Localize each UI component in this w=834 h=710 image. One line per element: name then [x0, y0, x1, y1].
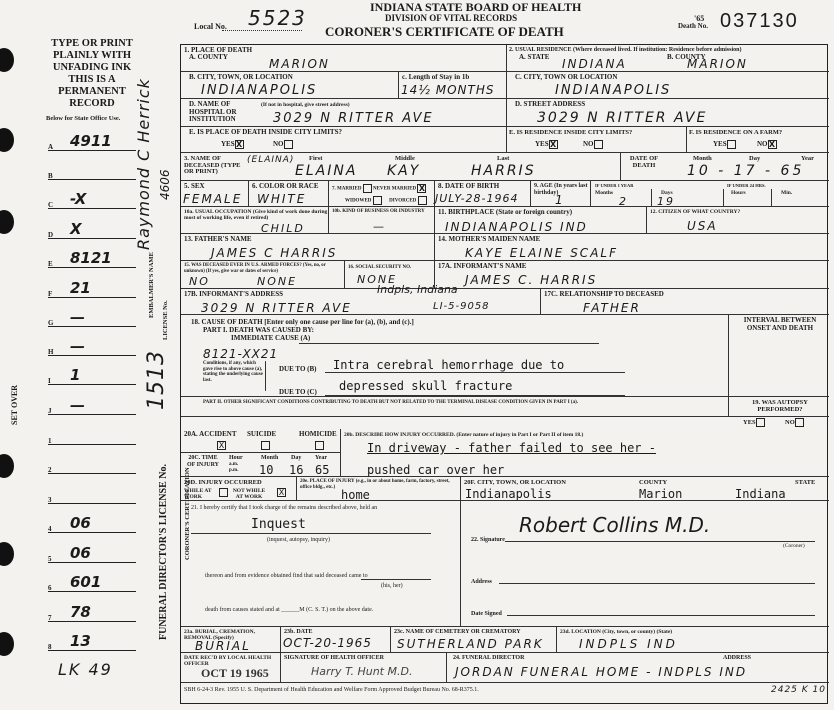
coroner-signature: Robert Collins M.D.: [519, 513, 710, 537]
field-label: IMMEDIATE CAUSE (a): [231, 335, 310, 343]
binder-hole: [0, 128, 14, 152]
no-checkbox[interactable]: X: [768, 140, 777, 149]
code-label: 7: [48, 614, 52, 622]
embalmer-license-label: LICENSE No.: [162, 300, 169, 340]
accident-checkbox[interactable]: X: [217, 441, 226, 450]
field-label: 23b. DATE: [284, 629, 313, 635]
industry-cell[interactable]: 10b. KIND OF BUSINESS OR INDUSTRY —: [329, 207, 435, 234]
field-label: f. IS RESIDENCE ON A FARM?: [689, 129, 782, 137]
field-label: 22. Signature: [471, 537, 505, 543]
division-title: DIVISION OF VITAL RECORDS: [385, 13, 517, 23]
not-while-at-work-label: NOT WHILE AT WORK: [231, 488, 267, 500]
burial-location: INDPLS IND: [579, 637, 678, 651]
instruction-line: RECORD: [42, 98, 142, 110]
local-no-line: [222, 30, 302, 31]
code-field[interactable]: 1: [48, 434, 136, 445]
divorced-checkbox[interactable]: [418, 196, 427, 205]
residence-street-cell[interactable]: d. STREET ADDRESS 3029 N RITTER AVE: [507, 99, 829, 127]
instruction-line: TYPE OR PRINT: [42, 38, 142, 50]
code-label: 2: [48, 466, 52, 474]
code-label: B: [48, 172, 53, 180]
certification-text: death from causes stated and at ______M …: [205, 607, 373, 613]
code-label: 4: [48, 525, 52, 533]
mother-maiden-name: KAYE ELAINE SCALF: [465, 246, 618, 260]
coroner-signature-cell: 22. Signature Robert Collins M.D. (Coron…: [461, 501, 829, 627]
field-label: a. COUNTY: [189, 54, 228, 62]
autopsy-cell: 19. WAS AUTOPSY PERFORMED?: [729, 397, 829, 417]
field-label: 12. CITIZEN OF WHAT COUNTRY?: [650, 209, 740, 215]
date-of-death: 10 - 17 - 65: [687, 163, 804, 179]
injury-description-cell[interactable]: 20b. DESCRIBE HOW INJURY OCCURRED. (Ente…: [341, 429, 829, 477]
suicide-checkbox[interactable]: [261, 441, 270, 450]
burial-method-cell[interactable]: 23a. BURIAL, CREMATION, REMOVAL (Specify…: [181, 627, 281, 653]
field-label: 23c. NAME OF CEMETERY OR CREMATORY: [394, 629, 521, 635]
armed-forces: NO: [189, 275, 210, 288]
deceased-middle-name: KAY: [387, 163, 420, 179]
informant-name-cell[interactable]: 17a. INFORMANT'S NAME JAMES C. HARRIS: [435, 261, 829, 289]
field-label: Address: [471, 579, 492, 585]
funeral-director-license: 1513: [144, 350, 169, 410]
no-checkbox[interactable]: [795, 418, 804, 427]
field-label: 5. SEX: [184, 183, 205, 191]
embalmer-name: Raymond C Herrick: [134, 78, 153, 250]
instruction-line: UNFADING INK: [42, 62, 142, 74]
industry: —: [373, 220, 386, 233]
citizenship-cell[interactable]: 12. CITIZEN OF WHAT COUNTRY? USA: [647, 207, 829, 234]
homicide-checkbox[interactable]: [315, 441, 324, 450]
field-label: 6. COLOR OR RACE: [252, 183, 319, 191]
code-field[interactable]: 813: [48, 640, 136, 651]
age: 1: [555, 193, 565, 207]
code-field[interactable]: J—: [48, 404, 136, 415]
code-label: 6: [48, 584, 52, 592]
funeral-address-code: 2425 K 10: [771, 685, 826, 695]
field-label: Day: [291, 455, 301, 461]
date-of-death-cell[interactable]: DATE OF DEATH Month Day Year 10 - 17 - 6…: [621, 153, 829, 181]
field-label: e. IS PLACE OF DEATH INSIDE CITY LIMITS?: [189, 129, 342, 137]
field-label: COUNTY: [639, 479, 667, 487]
divorced-label: DIVORCED: [389, 199, 416, 204]
health-officer-cell[interactable]: SIGNATURE OF HEALTH OFFICER Harry T. Hun…: [281, 653, 447, 683]
code-value: 06: [70, 514, 91, 532]
field-label: IF UNDER 1 YEAR: [595, 183, 634, 189]
code-value: 21: [70, 279, 91, 297]
field-label: 11. BIRTHPLACE (State or foreign country…: [438, 209, 572, 217]
field-label: INTERVAL BETWEEN ONSET AND DEATH: [733, 317, 827, 332]
state-office-stub: TYPE OR PRINT PLAINLY WITH UNFADING INK …: [0, 0, 180, 710]
death-no-prefix: '65: [694, 14, 704, 23]
instruction-line: PLAINLY WITH: [42, 50, 142, 62]
field-label: 10b. KIND OF BUSINESS OR INDUSTRY: [332, 209, 425, 215]
field-note: (inquest, autopsy, inquiry): [267, 537, 330, 543]
code-field[interactable]: 506: [48, 552, 136, 563]
field-label: b. CITY, TOWN, OR LOCATION: [189, 74, 293, 82]
due-to-b: Intra cerebral hemorrhage due to: [333, 358, 564, 372]
yes-checkbox[interactable]: X: [549, 140, 558, 149]
code-field[interactable]: 2: [48, 463, 136, 474]
funeral-director-cell[interactable]: 24. FUNERAL DIRECTOR ADDRESS JORDAN FUNE…: [447, 653, 829, 683]
field-label: d. NAME OF HOSPITAL OR INSTITUTION: [189, 101, 249, 124]
cemetery-cell[interactable]: 23c. NAME OF CEMETERY OR CREMATORY SUTHE…: [391, 627, 557, 653]
no-checkbox[interactable]: [594, 140, 603, 149]
field-label: Hours: [731, 190, 746, 196]
autopsy-options: YES NO: [729, 417, 829, 429]
deceased-last-name: HARRIS: [471, 163, 536, 179]
code-label: E: [48, 260, 53, 268]
stub-instructions: TYPE OR PRINT PLAINLY WITH UNFADING INK …: [42, 38, 142, 110]
deceased-alias: (ELAINA): [247, 155, 294, 165]
field-label: 7.: [332, 187, 336, 192]
burial-method: BURIAL: [195, 639, 251, 653]
field-label: Year: [801, 156, 814, 162]
field-label: DUE TO (c): [279, 389, 317, 397]
sex-cell[interactable]: 5. SEX FEMALE: [181, 181, 249, 207]
code-label: 5: [48, 555, 52, 563]
divider: [723, 189, 724, 207]
father-name: JAMES C HARRIS: [211, 246, 337, 260]
death-city: INDIANAPOLIS: [201, 83, 317, 98]
place-of-injury-cell[interactable]: 20e. PLACE OF INJURY (e.g., in or about …: [297, 477, 461, 501]
injury-month: 10: [259, 463, 273, 477]
race: WHITE: [257, 192, 306, 206]
never-married-label: NEVER MARRIED: [373, 187, 416, 192]
injury-day: 16: [289, 463, 303, 477]
field-label: STATE: [795, 479, 815, 487]
field-label: 20a. ACCIDENT: [184, 431, 237, 439]
code-value: —: [70, 308, 85, 326]
address-line[interactable]: [499, 583, 815, 584]
burial-location-cell[interactable]: 23d. LOCATION (City, town, or county) (S…: [557, 627, 829, 653]
widowed-label: WIDOWED: [345, 199, 371, 204]
informant-name: JAMES C. HARRIS: [465, 273, 597, 287]
no-checkbox[interactable]: [284, 140, 293, 149]
residence-street: 3029 N RITTER AVE: [537, 110, 707, 126]
injury-at-work-cell: 20d. INJURY OCCURRED WHILE AT WORK NOT W…: [181, 477, 297, 501]
death-city-cell[interactable]: b. CITY, TOWN, OR LOCATION INDIANAPOLIS: [181, 72, 399, 99]
residence-city-cell[interactable]: c. CITY, TOWN OR LOCATION INDIANAPOLIS: [507, 72, 829, 99]
field-label: 20c. TIME OF INJURY: [184, 455, 222, 468]
code-value: 601: [70, 573, 101, 591]
due-to-c: depressed skull fracture: [339, 379, 512, 393]
code-field[interactable]: E8121: [48, 257, 136, 268]
funeral-director: JORDAN FUNERAL HOME - INDPLS IND: [455, 665, 747, 679]
code-value: 78: [70, 603, 91, 621]
binder-hole: [0, 542, 14, 566]
yes-checkbox[interactable]: [727, 140, 736, 149]
relationship-cell[interactable]: 17c. RELATIONSHIP TO DECEASED FATHER: [541, 289, 829, 315]
father-name-cell[interactable]: 13. FATHER'S NAME JAMES C HARRIS: [181, 234, 435, 261]
field-label: DATE OF DEATH: [624, 156, 664, 169]
length-of-stay-cell[interactable]: c. Length of Stay in 1b 14½ MONTHS: [399, 72, 507, 99]
field-label: a.m. p.m.: [229, 462, 243, 474]
code-field[interactable]: I1: [48, 374, 136, 385]
field-label: Conditions, if any, which gave rise to a…: [203, 361, 263, 383]
under-one-year-cell: IF UNDER 1 YEAR IF UNDER 24 HRS. Months …: [591, 181, 829, 207]
field-label: HOMICIDE: [299, 431, 337, 439]
certification-text: 21. I hereby certify that I took charge …: [191, 505, 377, 511]
certification-text: thereon and from evidence obtained find …: [205, 573, 368, 579]
field-label: 17c. RELATIONSHIP TO DECEASED: [544, 291, 664, 299]
due-to-c-line[interactable]: [325, 395, 625, 396]
code-value: —: [70, 337, 85, 355]
injury-state: Indiana: [735, 487, 786, 501]
field-label: Last: [497, 156, 509, 162]
field-label: a. STATE: [519, 54, 549, 62]
code-value: —: [70, 396, 85, 414]
code-field[interactable]: A4911: [48, 140, 136, 151]
inquest-type[interactable]: Inquest: [251, 517, 306, 532]
code-value: 1: [70, 366, 80, 384]
set-over-label: SET OVER: [10, 385, 19, 425]
cause-code: 8121-XX21: [203, 347, 278, 361]
divider: [651, 189, 652, 207]
field-label: 8. DATE OF BIRTH: [438, 183, 499, 191]
yes-option[interactable]: YESX: [535, 140, 558, 149]
code-field[interactable]: 406: [48, 522, 136, 533]
field-label: Date Signed: [471, 611, 502, 617]
field-label: Day: [749, 156, 760, 162]
field-label: 14. MOTHER'S MAIDEN NAME: [438, 236, 540, 244]
injury-description-line-1: In driveway - father failed to see her -: [367, 441, 656, 455]
certificate-title: CORONER'S CERTIFICATE OF DEATH: [325, 24, 564, 40]
hospital-address: 3029 N RITTER AVE: [273, 111, 434, 126]
field-label: SUICIDE: [247, 431, 276, 439]
field-label: ADDRESS: [723, 655, 751, 661]
marital-status-cell: 7. MARRIED NEVER MARRIED X WIDOWED DIVOR…: [329, 181, 435, 207]
yes-checkbox[interactable]: X: [235, 140, 244, 149]
burial-date: OCT-20-1965: [283, 636, 372, 650]
manner-of-death-cell: 20a. ACCIDENT SUICIDE HOMICIDE X: [181, 429, 341, 453]
certification-cell: 21. I hereby certify that I took charge …: [181, 501, 461, 627]
binder-hole: [0, 210, 14, 234]
injury-year: 65: [315, 463, 329, 477]
field-label: Min.: [781, 190, 792, 196]
field-label: First: [309, 156, 322, 162]
field-label: PART II. OTHER SIGNIFICANT CONDITIONS CO…: [203, 400, 578, 406]
field-label: Hour: [229, 455, 243, 461]
initials: LK 49: [58, 660, 113, 679]
injury-county: Marion: [639, 487, 682, 501]
code-label: A: [48, 143, 53, 151]
deceased-name-cell[interactable]: 3. NAME OF DECEASED (Type or print) (ELA…: [181, 153, 621, 181]
death-county: MARION: [269, 57, 330, 71]
interval-cell[interactable]: INTERVAL BETWEEN ONSET AND DEATH: [729, 315, 829, 397]
embalmer-license: 4606: [158, 169, 172, 200]
time-of-injury-cell[interactable]: 20c. TIME OF INJURY Hour a.m. p.m. Month…: [181, 453, 341, 477]
field-label: 17a. INFORMANT'S NAME: [438, 263, 526, 271]
field-note: (Coroner): [783, 543, 805, 549]
field-label: DUE TO (b): [279, 366, 316, 374]
code-value: X: [70, 220, 82, 238]
citizenship: USA: [687, 219, 718, 233]
code-field[interactable]: 3: [48, 493, 136, 504]
health-officer-signature: Harry T. Hunt M.D.: [311, 665, 412, 678]
code-value: 06: [70, 544, 91, 562]
never-married-checkbox[interactable]: X: [417, 184, 426, 193]
came-to-line[interactable]: [361, 579, 431, 580]
code-field[interactable]: 778: [48, 611, 136, 622]
death-county-cell[interactable]: 1. PLACE OF DEATH a. COUNTY MARION: [181, 45, 507, 72]
residence-farm-cell: f. IS RESIDENCE ON A FARM? YES NOX: [687, 127, 829, 153]
married-label: MARRIED: [337, 187, 361, 192]
code-label: C: [48, 201, 53, 209]
armed-forces-dates: NONE: [257, 275, 297, 288]
place-of-injury: home: [341, 488, 370, 502]
field-note: (his, her): [381, 583, 403, 589]
field-label: SIGNATURE OF HEALTH OFFICER: [284, 655, 384, 661]
occupation-cell[interactable]: 10a. USUAL OCCUPATION (Give kind of work…: [181, 207, 329, 234]
field-label: 20f. CITY, TOWN, OR LOCATION: [464, 479, 566, 487]
while-at-work-checkbox[interactable]: [219, 488, 228, 497]
death-inside-city-cell: e. IS PLACE OF DEATH INSIDE CITY LIMITS?…: [181, 127, 507, 153]
date-signed-line[interactable]: [507, 615, 815, 616]
due-to-b-line[interactable]: [325, 372, 625, 373]
date-of-birth-cell[interactable]: 8. DATE OF BIRTH JULY-28-1964: [435, 181, 531, 207]
inquest-line: [191, 533, 431, 534]
birthplace: INDIANAPOLIS IND: [445, 220, 588, 234]
yes-checkbox[interactable]: [756, 418, 765, 427]
certificate-form: 1. PLACE OF DEATH a. COUNTY MARION b. CI…: [180, 44, 828, 704]
field-label: c. Length of Stay in 1b: [402, 74, 469, 82]
field-label: Months: [595, 190, 613, 196]
field-note: (If not in hospital, give street address…: [261, 102, 350, 108]
yes-option[interactable]: YESX: [221, 140, 244, 149]
cause-of-death-cell: 18. CAUSE OF DEATH [Enter only one cause…: [181, 315, 729, 397]
residence-county: MARION: [687, 57, 748, 71]
field-label: Month: [261, 455, 278, 461]
code-label: J: [48, 407, 52, 415]
residence-inside-city-cell: e. IS RESIDENCE INSIDE CITY LIMITS? YESX…: [507, 127, 687, 153]
code-field[interactable]: C-X: [48, 198, 136, 209]
death-no-label: Death No.: [678, 22, 708, 30]
no-label: NO: [785, 419, 795, 426]
code-field[interactable]: G—: [48, 316, 136, 327]
cemetery-name: SUTHERLAND PARK: [397, 637, 544, 651]
field-label: 20b. DESCRIBE HOW INJURY OCCURRED. (Ente…: [344, 432, 583, 438]
field-label: 24. FUNERAL DIRECTOR: [453, 655, 524, 661]
field-label: 10a. USUAL OCCUPATION (Give kind of work…: [184, 209, 328, 221]
informant-address: 3029 N RITTER AVE: [201, 301, 352, 315]
form-id: SBH 6-24-3 Rev. 1955 U. S. Department of…: [184, 687, 479, 693]
field-label: 19. WAS AUTOPSY PERFORMED?: [733, 399, 827, 413]
yes-option[interactable]: YES: [743, 418, 765, 427]
yes-option[interactable]: YES: [713, 140, 736, 149]
yes-label: YES: [743, 419, 756, 426]
field-label: d. STREET ADDRESS: [515, 101, 585, 109]
field-label: c. CITY, TOWN OR LOCATION: [515, 74, 617, 82]
code-label: D: [48, 231, 53, 239]
state-use-label: Below for State Office Use.: [46, 115, 120, 122]
field-label: 20e. PLACE OF INJURY (e.g., in or about …: [300, 479, 458, 491]
binder-hole: [0, 454, 14, 478]
field-label: Month: [693, 156, 712, 162]
date-received-stamp: OCT 19 1965: [201, 666, 269, 681]
code-field[interactable]: F21: [48, 287, 136, 298]
while-at-work-label: WHILE AT WORK: [184, 488, 212, 500]
widowed-checkbox[interactable]: [373, 196, 382, 205]
race-cell[interactable]: 6. COLOR OR RACE WHITE: [249, 181, 329, 207]
residence-state: INDIANA: [562, 57, 627, 71]
code-label: G: [48, 319, 53, 327]
mother-maiden-name-cell[interactable]: 14. MOTHER'S MAIDEN NAME KAYE ELAINE SCA…: [435, 234, 829, 261]
funeral-director-license-label: FUNERAL DIRECTOR'S LICENSE No.: [158, 464, 169, 640]
embalmer-name-label: EMBALMER'S NAME: [148, 252, 155, 318]
binder-hole: [0, 48, 14, 72]
code-field[interactable]: DX: [48, 228, 136, 239]
no-option[interactable]: NO: [785, 418, 804, 427]
field-label: Middle: [395, 156, 415, 162]
birthplace-cell[interactable]: 11. BIRTHPLACE (State or foreign country…: [435, 207, 647, 234]
code-value: 4911: [70, 132, 112, 150]
code-value: -X: [70, 190, 86, 208]
age-cell[interactable]: 9. AGE (In years last birthday) 1: [531, 181, 591, 207]
local-no: 5523: [248, 6, 307, 30]
code-label: F: [48, 290, 52, 298]
field-label: Year: [315, 455, 327, 461]
field-label: 23d. LOCATION (City, town, or county) (S…: [560, 629, 672, 635]
binder-hole: [0, 632, 14, 656]
field-label: 15. WAS DECEASED EVER IN U.S. ARMED FORC…: [184, 263, 344, 274]
field-label: e. IS RESIDENCE INSIDE CITY LIMITS?: [509, 129, 632, 137]
injury-description-line-2: pushed car over her: [367, 463, 504, 477]
married-checkbox[interactable]: [363, 184, 372, 193]
code-field[interactable]: B: [48, 169, 136, 180]
no-option[interactable]: NO: [583, 140, 603, 149]
burial-date-cell[interactable]: 23b. DATE OCT-20-1965: [281, 627, 391, 653]
code-value: 8121: [70, 249, 112, 267]
code-field[interactable]: 6601: [48, 581, 136, 592]
field-label: 3. NAME OF DECEASED (Type or print): [184, 156, 244, 176]
part-two-cell[interactable]: PART II. OTHER SIGNIFICANT CONDITIONS CO…: [181, 397, 729, 417]
code-label: I: [48, 377, 51, 385]
divider: [771, 189, 772, 207]
hospital-cell[interactable]: d. NAME OF HOSPITAL OR INSTITUTION (If n…: [181, 99, 507, 127]
field-label: 13. FATHER'S NAME: [184, 236, 252, 244]
code-field[interactable]: H—: [48, 345, 136, 356]
code-label: 8: [48, 643, 52, 651]
residence-city: INDIANAPOLIS: [555, 83, 671, 98]
injury-location-cell[interactable]: 20f. CITY, TOWN, OR LOCATION COUNTY STAT…: [461, 477, 829, 501]
relationship: FATHER: [583, 301, 641, 315]
length-of-stay: 14½ MONTHS: [401, 83, 494, 97]
field-label: 16. SOCIAL SECURITY NO.: [348, 265, 411, 271]
armed-forces-cell[interactable]: 15. WAS DECEASED EVER IN U.S. ARMED FORC…: [181, 261, 345, 289]
informant-city: Indpls, Indiana: [377, 283, 458, 296]
certificate-header: INDIANA STATE BOARD OF HEALTH DIVISION O…: [180, 0, 834, 44]
code-label: 1: [48, 437, 52, 445]
death-no: 037130: [720, 10, 799, 33]
instruction-line: PERMANENT: [42, 86, 142, 98]
field-label: 17b. INFORMANT'S ADDRESS: [184, 291, 283, 299]
code-label: H: [48, 348, 53, 356]
field-label: IF UNDER 24 HRS.: [727, 183, 766, 189]
code-label: 3: [48, 496, 52, 504]
no-option[interactable]: NO: [273, 140, 293, 149]
date-of-birth: JULY-28-1964: [435, 192, 519, 205]
signature-line[interactable]: [505, 541, 815, 542]
informant-address-cell[interactable]: 17b. INFORMANT'S ADDRESS 3029 N RITTER A…: [181, 289, 541, 315]
no-option[interactable]: NOX: [757, 140, 777, 149]
bracket: [265, 361, 266, 391]
deceased-first-name: ELAINA: [295, 163, 357, 179]
field-label: 20d. INJURY OCCURRED: [184, 479, 262, 487]
sex: FEMALE: [183, 192, 242, 206]
not-while-at-work-checkbox[interactable]: X: [277, 488, 286, 497]
residence-state-county-cell[interactable]: 2. USUAL RESIDENCE (Where deceased lived…: [507, 45, 829, 72]
injury-city: Indianapolis: [465, 487, 552, 501]
date-received-cell[interactable]: DATE REC'D BY LOCAL HEALTH OFFICER OCT 1…: [181, 653, 281, 683]
immediate-cause-line[interactable]: [299, 343, 599, 344]
